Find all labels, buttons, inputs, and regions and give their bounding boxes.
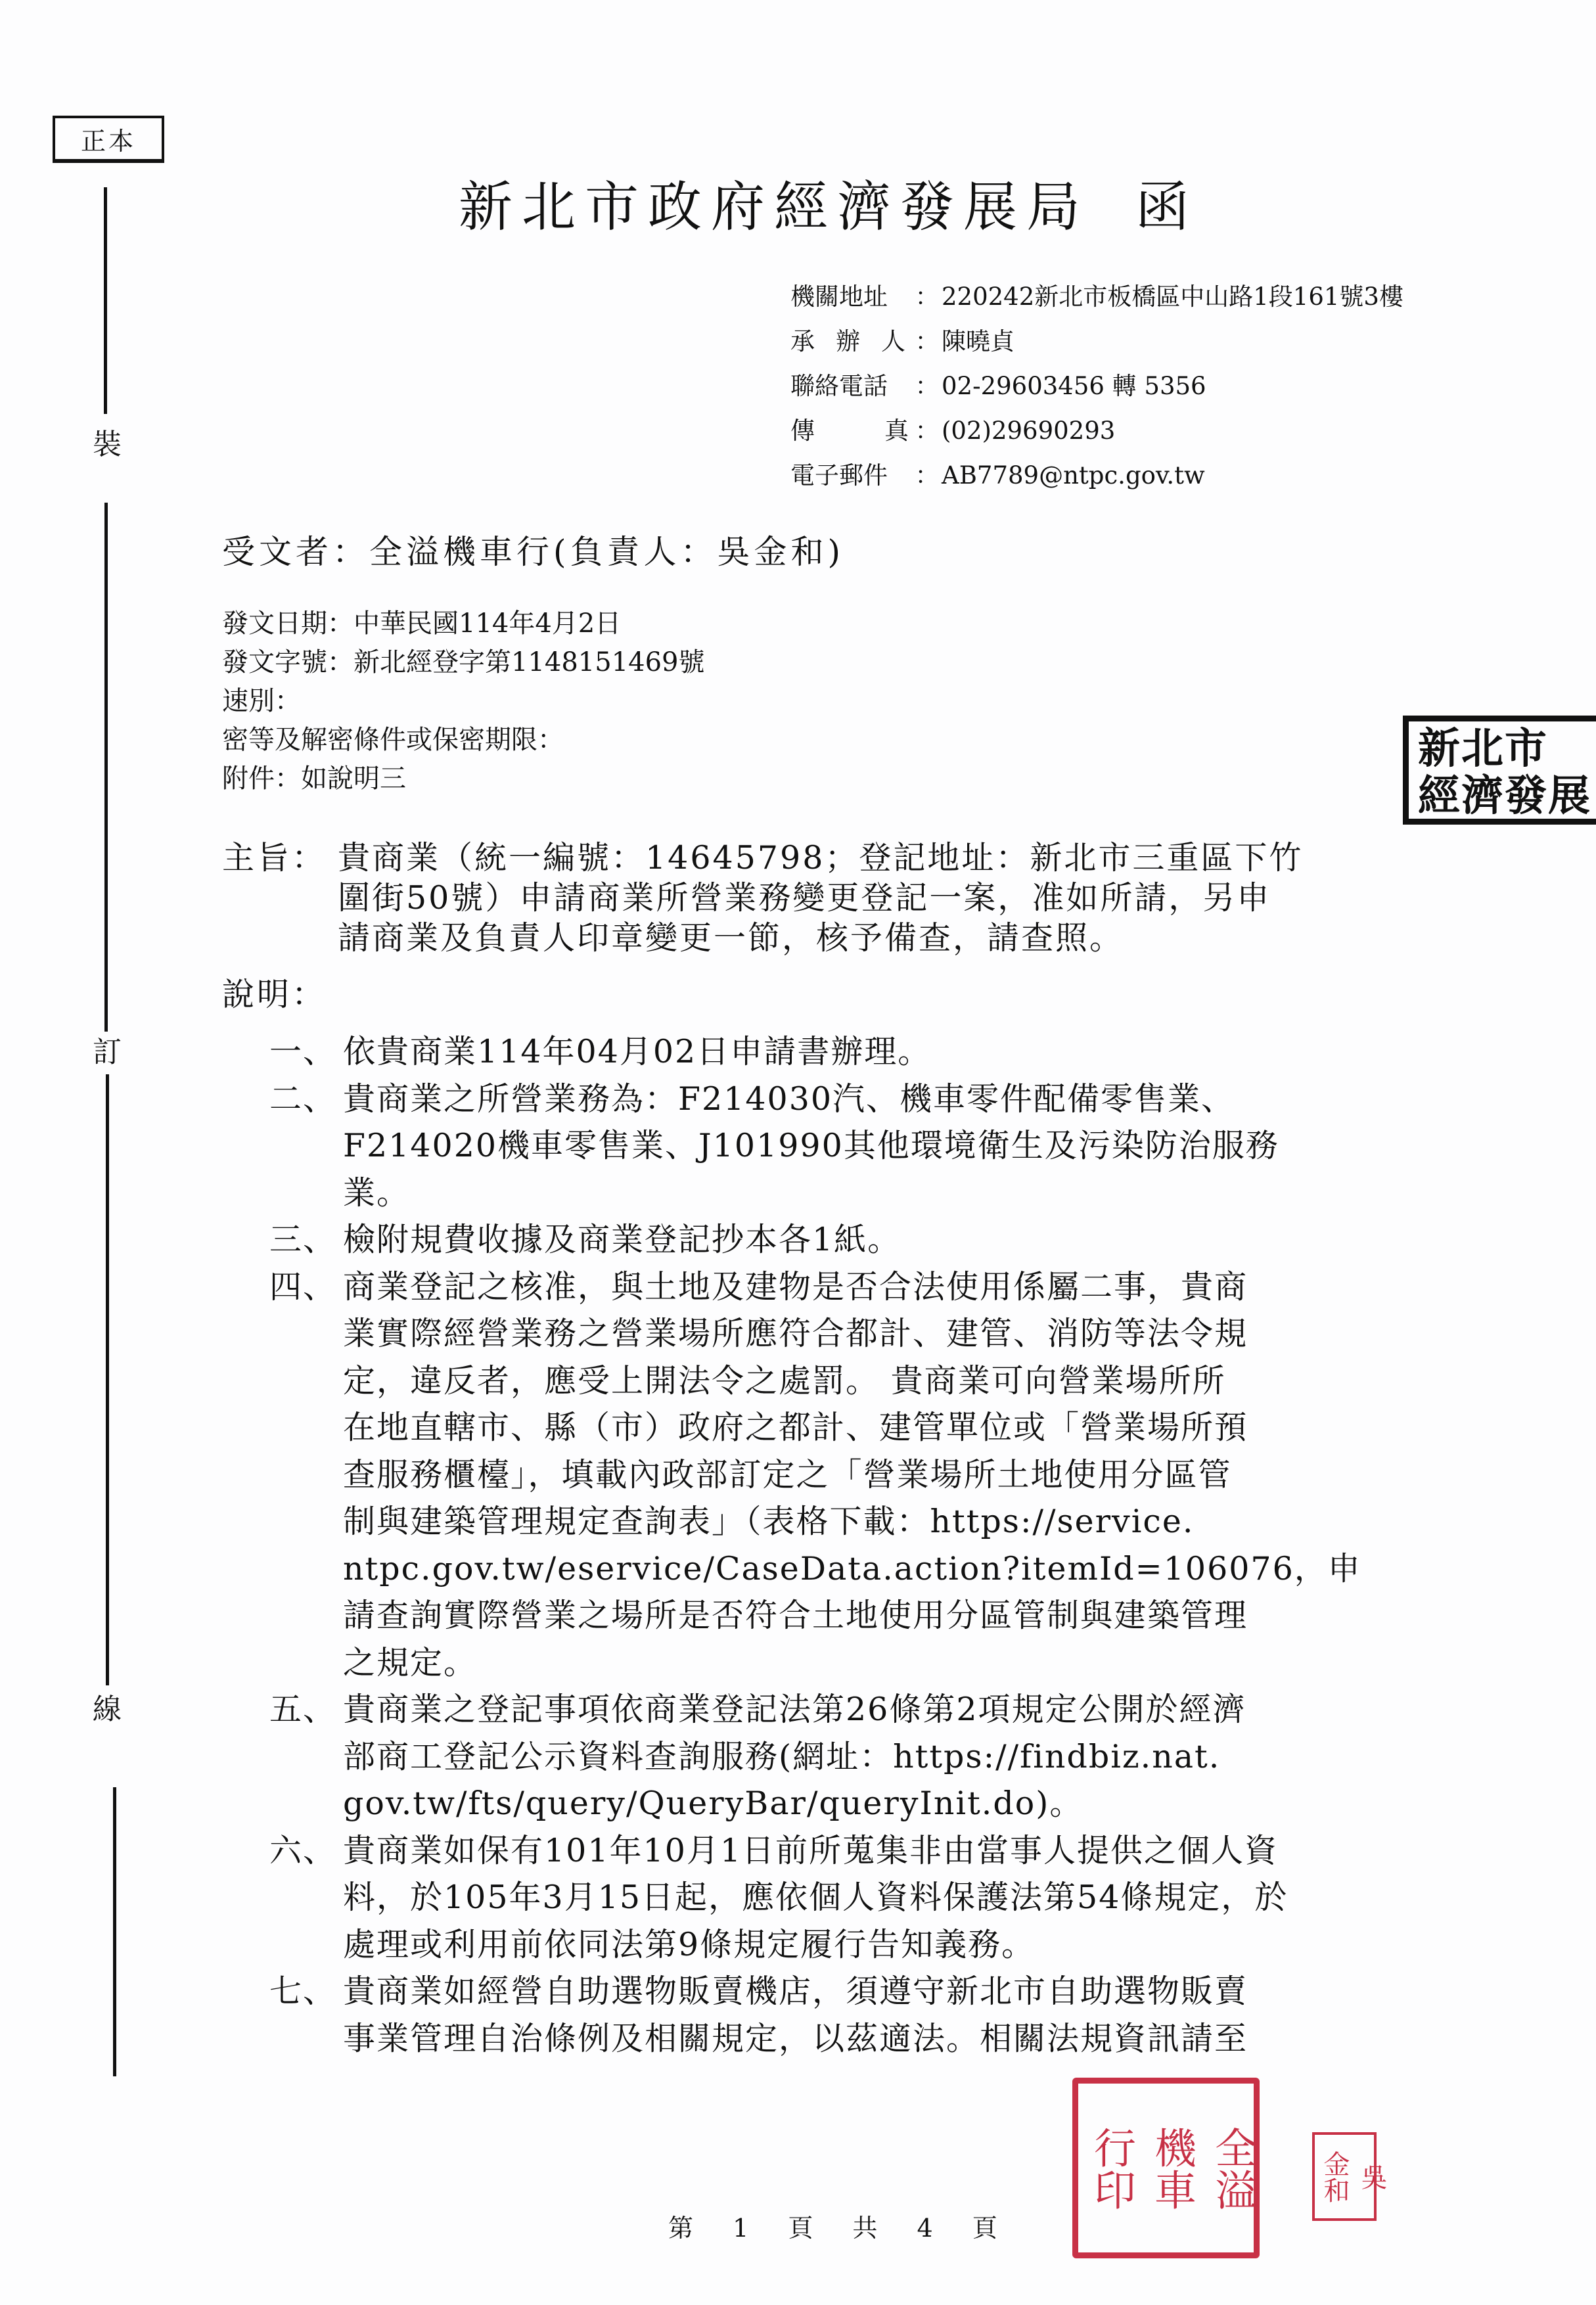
item-number: 一、 (269, 1028, 336, 1076)
explanation-item: 七、貴商業如經營自助選物販賣機店，須遵守新北市自助選物販賣 事業管理自治條例及相… (269, 1968, 1452, 2062)
explanation-item: 五、貴商業之登記事項依商業登記法第26條第2項規定公開於經濟 部商工登記公示資料… (269, 1686, 1452, 1827)
contact-value: AB7789@ntpc.gov.tw (942, 453, 1205, 498)
item-text: 檢附規費收據及商業登記抄本各1紙。 (343, 1221, 901, 1258)
person-seal-stamp: 吳 金和 (1312, 2132, 1377, 2221)
copy-type-box: 正本 (53, 116, 164, 163)
contact-row-email: 電子郵件：AB7789@ntpc.gov.tw (790, 453, 1403, 498)
explanation-list: 一、依貴商業114年04月02日申請書辦理。 二、貴商業之所營業務為：F2140… (269, 1028, 1452, 2062)
explanation-item: 一、依貴商業114年04月02日申請書辦理。 (269, 1028, 1452, 1076)
contact-block: 機關地址：220242新北市板橋區中山路1段161號3樓 承辦人：陳曉貞 聯絡電… (790, 275, 1403, 498)
explanation-item: 三、檢附規費收據及商業登記抄本各1紙。 (269, 1216, 1452, 1264)
explanation-item: 二、貴商業之所營業務為：F214030汽、機車零件配備零售業、 F214020機… (269, 1076, 1452, 1217)
page-number: 第 1 頁 共 4 頁 (668, 2208, 1004, 2244)
seal-column: 行印 (1081, 2090, 1141, 2246)
recipient-value: 全溢機車行(負責人：吳金和) (369, 533, 844, 571)
contact-value: (02)29690293 (942, 409, 1115, 453)
seal-column: 金和 (1316, 2139, 1354, 2214)
contact-label: 電子郵件 (790, 453, 913, 498)
contact-label: 傳真 (790, 409, 913, 453)
item-number: 五、 (269, 1686, 336, 1733)
binding-label-xian: 線 (87, 1685, 127, 1727)
subject-label: 主旨： (222, 838, 327, 878)
contact-label: 機關地址 (790, 275, 913, 319)
copy-type-label: 正本 (81, 121, 136, 157)
binding-margin-line (106, 1074, 109, 1685)
explanation-label: 說明： (222, 969, 327, 1015)
subject-text: 貴商業（統一編號：14645798；登記地址：新北市三重區下竹 圍街50號）申請… (338, 838, 1586, 958)
meta-block: 發文日期：中華民國114年4月2日 發文字號：新北經登字第1148151469號… (222, 605, 705, 798)
item-number: 六、 (269, 1827, 336, 1875)
document-title: 新北市政府經濟發展局函 (459, 164, 1198, 241)
item-text: 貴商業之所營業務為：F214030汽、機車零件配備零售業、 F214020機車零… (343, 1080, 1279, 1212)
item-number: 三、 (269, 1216, 336, 1264)
item-text: 貴商業之登記事項依商業登記法第26條第2項規定公開於經濟 部商工登記公示資料查詢… (343, 1691, 1246, 1822)
item-number: 七、 (269, 1968, 336, 2015)
binding-margin-line (104, 503, 108, 1032)
item-number: 四、 (269, 1264, 336, 1311)
meta-attachment: 附件：如說明三 (222, 760, 705, 798)
agency-seal-line: 新北市 (1418, 725, 1596, 773)
contact-label: 承辦人 (790, 319, 913, 364)
item-number: 二、 (269, 1076, 336, 1123)
binding-label-zhuang: 裝 (87, 421, 127, 463)
meta-issue-date: 發文日期：中華民國114年4月2日 (222, 605, 705, 643)
meta-doc-number: 發文字號：新北經登字第1148151469號 (222, 643, 705, 682)
seal-column: 全溢 (1202, 2090, 1262, 2246)
item-text: 商業登記之核准，與土地及建物是否合法使用係屬二事，貴商 業實際經營業務之營業場所… (343, 1268, 1361, 1681)
contact-label: 聯絡電話 (790, 364, 913, 409)
item-text: 貴商業如保有101年10月1日前所蒐集非由當事人提供之個人資 料，於105年3月… (343, 1832, 1288, 1963)
binding-margin-line (113, 1787, 116, 2076)
binding-label-ding: 訂 (87, 1028, 127, 1070)
agency-seal-stamp: 新北市 經濟發展 (1403, 716, 1596, 825)
seal-column: 機車 (1141, 2090, 1202, 2246)
agency-name: 新北市政府經濟發展局 (459, 176, 1089, 239)
company-seal-stamp: 全溢 機車 行印 (1072, 2078, 1260, 2258)
recipient-label: 受文者 (222, 533, 332, 571)
contact-row-address: 機關地址：220242新北市板橋區中山路1段161號3樓 (790, 275, 1403, 319)
doc-type: 函 (1135, 176, 1198, 239)
contact-value: 陳曉貞 (942, 319, 1015, 364)
explanation-item: 六、貴商業如保有101年10月1日前所蒐集非由當事人提供之個人資 料，於105年… (269, 1827, 1452, 1969)
item-text: 貴商業如經營自助選物販賣機店，須遵守新北市自助選物販賣 事業管理自治條例及相關規… (343, 1973, 1248, 2057)
contact-row-handler: 承辦人：陳曉貞 (790, 319, 1403, 364)
meta-classification: 密等及解密條件或保密期限： (222, 721, 705, 760)
binding-margin-line (104, 187, 107, 414)
meta-speed: 速別： (222, 682, 705, 721)
contact-row-phone: 聯絡電話：02-29603456 轉 5356 (790, 364, 1403, 409)
seal-column: 吳 (1354, 2139, 1391, 2214)
agency-seal-line: 經濟發展 (1418, 773, 1596, 820)
contact-value: 02-29603456 轉 5356 (942, 364, 1206, 409)
item-text: 依貴商業114年04月02日申請書辦理。 (343, 1033, 931, 1070)
contact-row-fax: 傳真：(02)29690293 (790, 409, 1403, 453)
recipient-line: 受文者：全溢機車行(負責人：吳金和) (222, 526, 844, 573)
contact-value: 220242新北市板橋區中山路1段161號3樓 (942, 275, 1403, 319)
explanation-item: 四、商業登記之核准，與土地及建物是否合法使用係屬二事，貴商 業實際經營業務之營業… (269, 1264, 1452, 1687)
